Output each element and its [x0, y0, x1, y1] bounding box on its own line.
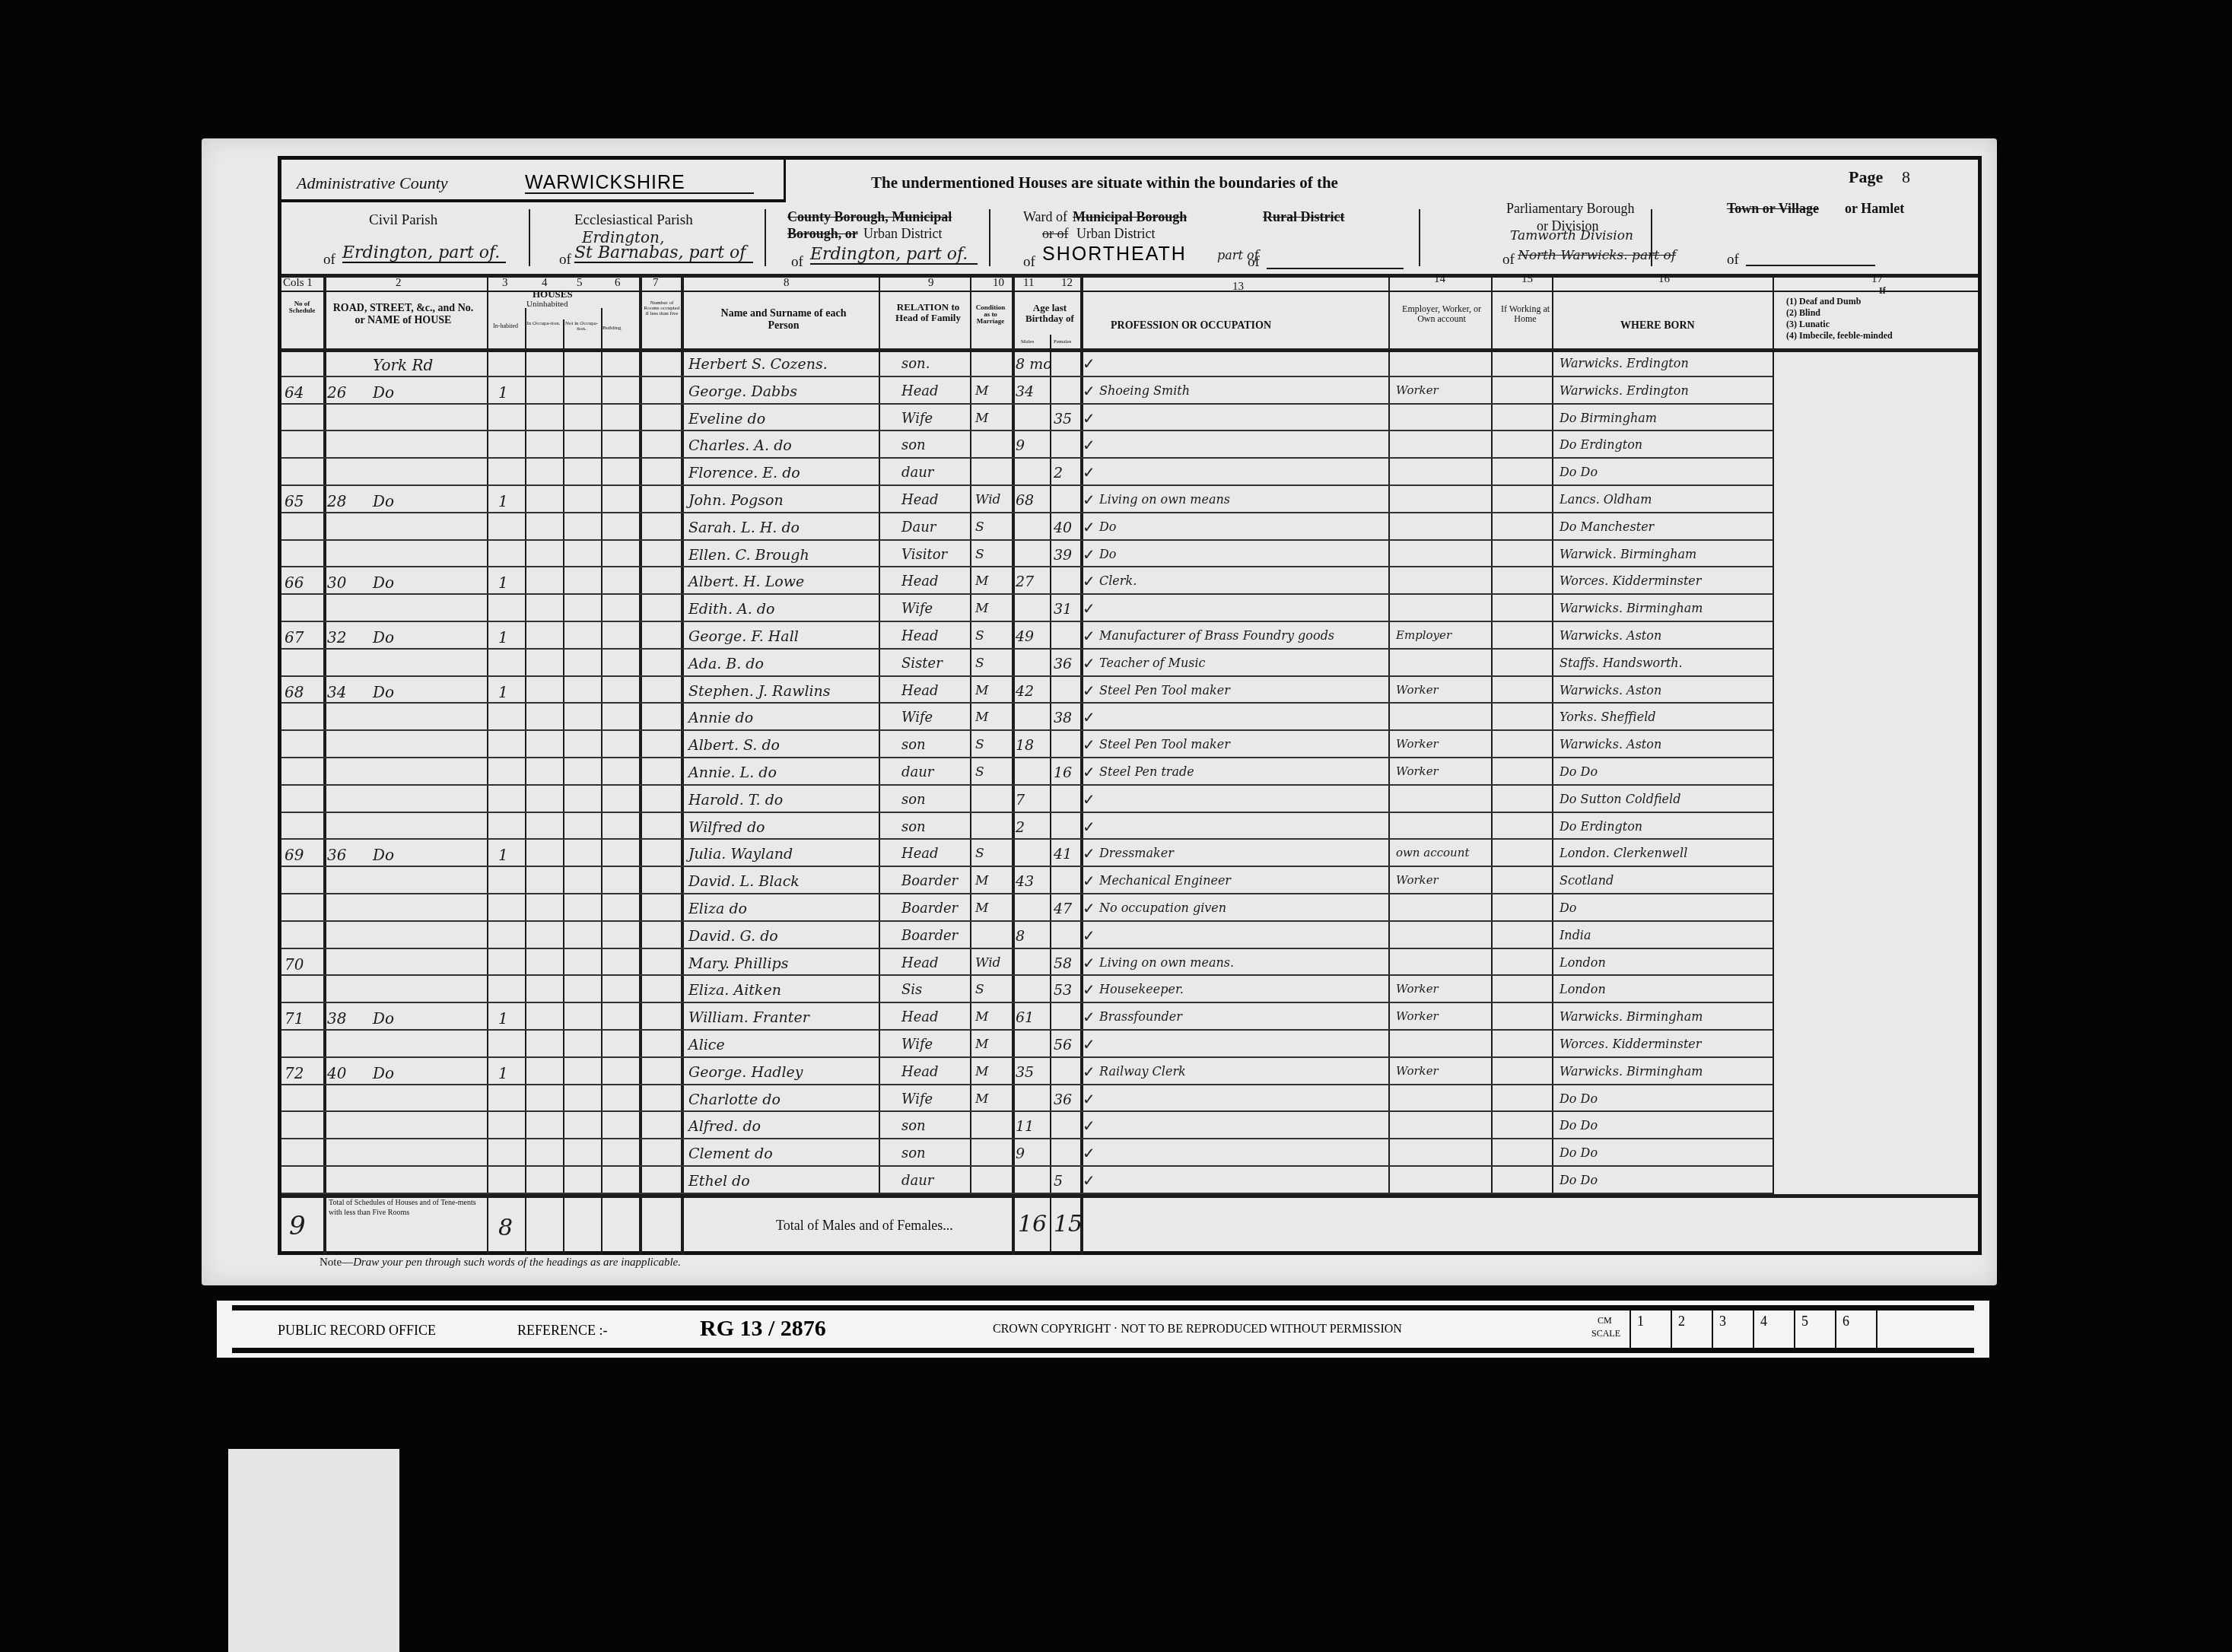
scale-mark-label: 4: [1760, 1314, 1767, 1330]
cell-age-f: 36: [1054, 1093, 1072, 1107]
eccl-parish-label: Ecclesiastical Parish: [574, 213, 693, 227]
cell-house-no: 32: [327, 630, 346, 645]
schedules-total-label: Total of Schedules of Houses and of Tene…: [329, 1198, 481, 1218]
cell-schedule: 69: [285, 847, 304, 863]
scale-mark-label: 5: [1801, 1314, 1808, 1330]
road-heading: ROAD, STREET, &c., and No. or NAME of HO…: [327, 303, 479, 327]
page-label: Page: [1849, 169, 1883, 186]
cell-road: Do: [373, 494, 394, 509]
table-row: Charles. A. doson9Do Erdington✓: [281, 431, 1978, 459]
check-mark-icon: ✓: [1083, 411, 1095, 426]
footer-reference-value: RG 13 / 2876: [700, 1317, 826, 1340]
scale-mark: 1: [1629, 1310, 1671, 1348]
table-row: Harold. T. doson7Do Sutton Coldfield✓: [281, 786, 1978, 813]
table-row: 6936Do1Julia. WaylandHeadS41Dressmakerow…: [281, 840, 1978, 867]
cell-house-no: 26: [327, 385, 346, 400]
cell-employer: Worker: [1396, 983, 1439, 995]
table-row: Sarah. L. H. doDaurS40DoDo Manchester✓: [281, 513, 1978, 541]
table-row: Edith. A. doWifeM31Warwicks. Birmingham✓: [281, 595, 1978, 622]
cell-road: Do: [373, 685, 394, 700]
cell-condition: Wid: [975, 494, 1001, 507]
cell-name: Julia. Wayland: [688, 847, 793, 862]
cell-relation: Head: [901, 1011, 939, 1025]
cell-name: Ada. B. do: [688, 657, 764, 672]
cell-born: Do Sutton Coldfield: [1560, 793, 1680, 805]
urban-district-of: of: [791, 255, 803, 269]
cell-name: George. Hadley: [688, 1066, 803, 1080]
cell-condition: Wid: [975, 957, 1001, 970]
col-num-13: 13: [1232, 281, 1244, 293]
cell-born: Warwicks. Birmingham: [1560, 1011, 1703, 1023]
check-mark-icon: ✓: [1083, 1173, 1095, 1188]
cell-condition: M: [975, 412, 988, 425]
check-mark-icon: ✓: [1083, 1064, 1095, 1079]
note-text: Draw your pen through such words of the …: [353, 1256, 681, 1269]
males-total: 16: [1018, 1213, 1047, 1236]
table-row: York RdHerbert S. Cozens.son.8 moWarwick…: [281, 350, 1978, 377]
check-mark-icon: ✓: [1083, 710, 1095, 725]
cell-relation: Wife: [901, 602, 933, 616]
cell-relation: son: [901, 1147, 926, 1161]
cell-relation: son: [901, 739, 926, 752]
eccl-parish-of: of: [559, 253, 571, 267]
cell-schedule: 72: [285, 1066, 304, 1081]
cell-employer: Worker: [1396, 766, 1439, 777]
table-row: Eliza doBoarderM47No occupation givenDo✓: [281, 894, 1978, 922]
table-row: David. G. doBoarder8India✓: [281, 922, 1978, 949]
not-in-occupation-heading: Not in Occupa-tion.: [564, 321, 599, 332]
cell-road: Do: [373, 1011, 394, 1026]
cell-born: Warwicks. Birmingham: [1560, 602, 1703, 615]
cell-employer: Employer: [1396, 630, 1451, 641]
col-num-9: 9: [928, 278, 934, 289]
rural-district-label: Rural District: [1263, 210, 1344, 224]
cell-condition: M: [975, 875, 988, 888]
cell-inhabited: 1: [498, 575, 508, 590]
cell-occupation: Railway Clerk: [1099, 1066, 1186, 1078]
town-label-struck: Town or Village: [1727, 202, 1819, 215]
ward-label: Ward of: [1023, 210, 1067, 224]
header-divider: [281, 274, 1978, 278]
cell-condition: S: [975, 630, 984, 643]
scale-mark-label: 6: [1843, 1314, 1849, 1330]
parl-borough-label: Parliamentary Borough: [1506, 202, 1634, 215]
cell-house-no: 38: [327, 1011, 346, 1026]
admin-county-box: Administrative County WARWICKSHIRE: [281, 160, 786, 202]
check-mark-icon: ✓: [1083, 1118, 1095, 1133]
check-mark-icon: ✓: [1083, 601, 1095, 616]
col-num-8: 8: [784, 278, 790, 289]
cell-occupation: Steel Pen trade: [1099, 766, 1194, 778]
cell-age-m: 8: [1016, 929, 1025, 944]
scale-mark: 3: [1712, 1310, 1753, 1348]
cell-born: Do Do: [1560, 766, 1598, 778]
cell-born: Warwicks. Aston: [1560, 685, 1661, 697]
cell-name: Sarah. L. H. do: [688, 521, 800, 535]
table-row: Annie. L. dodaurS16Steel Pen tradeWorker…: [281, 758, 1978, 786]
cell-age-m: 42: [1016, 685, 1034, 699]
divider: [1419, 209, 1420, 266]
cell-condition: S: [975, 739, 984, 751]
cell-schedule: 67: [285, 630, 304, 645]
cell-age-m: 35: [1016, 1066, 1034, 1080]
cell-born: Do Do: [1560, 1093, 1598, 1105]
table-row: Charlotte doWifeM36Do Do✓: [281, 1085, 1978, 1113]
cell-condition: M: [975, 1038, 988, 1051]
cell-age-m: 49: [1016, 630, 1034, 644]
check-mark-icon: ✓: [1083, 737, 1095, 752]
cell-age-m: 27: [1016, 575, 1034, 589]
table-row: Annie doWifeM38Yorks. Sheffield✓: [281, 704, 1978, 731]
county-borough-label-struck2: Borough, or: [787, 227, 858, 240]
table-row: 6732Do1George. F. HallHeadS49Manufacture…: [281, 622, 1978, 650]
calibration-card: [228, 1449, 399, 1652]
col-num-11: 11: [1023, 278, 1034, 289]
cell-born: India: [1560, 929, 1591, 942]
cell-name: Edith. A. do: [688, 602, 774, 617]
ward-value: SHORTHEATH: [1042, 245, 1187, 264]
table-row: Albert. S. dosonS18Steel Pen Tool makerW…: [281, 731, 1978, 758]
archive-footer: PUBLIC RECORD OFFICE REFERENCE :- RG 13 …: [217, 1301, 1989, 1358]
col-num-3: 3: [502, 278, 508, 289]
cell-schedule: 68: [285, 685, 304, 700]
table-row: 6834Do1Stephen. J. RawlinsHeadM42Steel P…: [281, 677, 1978, 704]
cell-born: Lancs. Oldham: [1560, 494, 1652, 506]
cell-name: Clement do: [688, 1147, 773, 1161]
check-mark-icon: ✓: [1083, 683, 1095, 698]
cell-age-m: 34: [1016, 385, 1034, 399]
cell-relation: daur: [901, 466, 933, 480]
cell-name: Albert. H. Lowe: [688, 575, 804, 589]
table-row: Ethel dodaur5Do Do✓: [281, 1167, 1978, 1194]
cell-employer: Worker: [1396, 1066, 1439, 1077]
cell-born: Staffs. Handsworth.: [1560, 657, 1683, 669]
building-heading: Building: [603, 326, 622, 331]
cell-relation: son.: [901, 357, 930, 371]
cell-name: Mary. Phillips: [688, 957, 788, 971]
cell-name: Albert. S. do: [688, 739, 780, 753]
cell-road: Do: [373, 847, 394, 863]
cell-age-f: 56: [1054, 1038, 1072, 1053]
cell-schedule: 70: [285, 957, 304, 972]
cell-name: Alice: [688, 1038, 725, 1053]
col-num-5: 5: [577, 278, 583, 289]
urban-district-value: Erdington, part of.: [810, 246, 978, 265]
cell-relation: Head: [901, 630, 939, 643]
houses-heading: HOUSES: [533, 289, 573, 299]
note-prefix: Note—: [320, 1256, 353, 1269]
cell-house-no: 34: [327, 685, 346, 700]
females-total: 15: [1054, 1213, 1083, 1236]
footer-bar-top: [232, 1305, 1974, 1310]
table-row: 6630Do1Albert. H. LoweHeadM27Clerk.Worce…: [281, 567, 1978, 595]
admin-county-label: Administrative County: [297, 175, 448, 192]
cell-age-m: 43: [1016, 875, 1034, 889]
cell-age-f: 53: [1054, 983, 1072, 998]
divider: [765, 209, 766, 266]
check-mark-icon: ✓: [1083, 846, 1095, 861]
boundaries-text: The undermentioned Houses are situate wi…: [871, 175, 1338, 191]
cell-occupation: Shoeing Smith: [1099, 385, 1190, 397]
check-mark-icon: ✓: [1083, 492, 1095, 507]
footer-office: PUBLIC RECORD OFFICE: [278, 1323, 436, 1337]
table-row: 7138Do1William. FranterHeadM61Brassfound…: [281, 1003, 1978, 1031]
cell-born: Warwick. Birmingham: [1560, 548, 1696, 561]
infirmity-2: (2) Blind: [1786, 308, 1820, 317]
table-row: Alfred. doson11Do Do✓: [281, 1112, 1978, 1139]
cell-relation: Head: [901, 385, 939, 399]
cell-condition: S: [975, 766, 984, 779]
col-num-7: 7: [653, 278, 659, 289]
table-row: Eliza. AitkenSisS53Housekeeper.WorkerLon…: [281, 976, 1978, 1003]
cell-born: Do Erdington: [1560, 439, 1642, 451]
cell-inhabited: 1: [498, 1011, 508, 1026]
cell-relation: son: [901, 1120, 926, 1133]
cell-born: London. Clerkenwell: [1560, 847, 1687, 859]
cell-name: Herbert S. Cozens.: [688, 357, 828, 372]
page-number: 8: [1902, 169, 1910, 186]
table-row: Clement doson9Do Do✓: [281, 1139, 1978, 1167]
cell-relation: Boarder: [901, 929, 958, 943]
scale-mark-label: 2: [1678, 1314, 1685, 1330]
check-mark-icon: ✓: [1083, 1037, 1095, 1052]
footer-copyright: CROWN COPYRIGHT · NOT TO BE REPRODUCED W…: [993, 1323, 1402, 1336]
cell-age-f: 31: [1054, 602, 1072, 617]
uninhabited-heading: Uninhabited: [526, 300, 568, 309]
check-mark-icon: ✓: [1083, 1145, 1095, 1161]
cell-schedule: 66: [285, 575, 304, 590]
check-mark-icon: ✓: [1083, 465, 1095, 480]
cell-born: Do Do: [1560, 1120, 1598, 1132]
cell-name: Charlotte do: [688, 1093, 781, 1107]
cell-age-f: 41: [1054, 847, 1072, 862]
cell-relation: son: [901, 793, 926, 807]
check-mark-icon: ✓: [1083, 928, 1095, 943]
cell-condition: M: [975, 1093, 988, 1106]
cell-born: Do Do: [1560, 466, 1598, 478]
scale-mark-label: 1: [1637, 1314, 1644, 1330]
check-mark-icon: ✓: [1083, 764, 1095, 780]
cell-born: Scotland: [1560, 875, 1614, 887]
cell-occupation: Living on own means.: [1099, 957, 1234, 969]
cell-age-f: 36: [1054, 657, 1072, 672]
cell-born: Do: [1560, 902, 1576, 914]
table-row: David. L. BlackBoarderM43Mechanical Engi…: [281, 867, 1978, 894]
cell-name: Ethel do: [688, 1174, 750, 1189]
cell-condition: S: [975, 657, 984, 670]
cell-inhabited: 1: [498, 685, 508, 700]
cell-schedule: 71: [285, 1011, 304, 1026]
age-heading: Age last Birthday of: [1016, 303, 1084, 325]
cell-occupation: Mechanical Engineer: [1099, 875, 1231, 887]
cell-age-f: 47: [1054, 902, 1072, 917]
infirmity-if-heading: If: [1879, 286, 1886, 295]
col-num-17: 17: [1871, 274, 1883, 285]
town-line: [1746, 265, 1875, 266]
check-mark-icon: ✓: [1083, 573, 1095, 589]
cell-born: Do Do: [1560, 1147, 1598, 1159]
cell-name: Alfred. do: [688, 1120, 761, 1134]
check-mark-icon: ✓: [1083, 356, 1095, 371]
census-form: Administrative County WARWICKSHIRE The u…: [278, 156, 1982, 1255]
cell-relation: son: [901, 821, 926, 834]
check-mark-icon: ✓: [1083, 519, 1095, 535]
parl-borough-value-top: Tamworth Division: [1510, 230, 1633, 243]
cell-age-f: 58: [1054, 957, 1072, 971]
table-row: 7240Do1George. HadleyHeadM35Railway Cler…: [281, 1058, 1978, 1085]
condition-heading: Condition as to Marriage: [975, 304, 1006, 325]
check-mark-icon: ✓: [1083, 656, 1095, 671]
check-mark-icon: ✓: [1083, 1009, 1095, 1025]
cell-age-m: 11: [1016, 1120, 1034, 1134]
cell-inhabited: 1: [498, 494, 508, 509]
col-num-1: Cols 1: [283, 278, 313, 289]
table-row: Eveline doWifeM35Do Birmingham✓: [281, 405, 1978, 432]
check-mark-icon: ✓: [1083, 955, 1095, 971]
cell-age-m: 9: [1016, 439, 1025, 453]
cell-relation: daur: [901, 1174, 933, 1188]
cell-age-m: 9: [1016, 1147, 1025, 1161]
town-label: or Hamlet: [1845, 202, 1904, 215]
civil-parish-of: of: [323, 253, 335, 267]
ward-label-2: Urban District: [1076, 227, 1155, 240]
cell-relation: Head: [901, 685, 939, 698]
cell-age-m: 7: [1016, 793, 1025, 808]
in-occupation-heading: In Occupa-tion.: [526, 321, 561, 326]
cell-age-f: 35: [1054, 412, 1072, 427]
cell-relation: Head: [901, 847, 939, 861]
cell-name: Harold. T. do: [688, 793, 783, 808]
check-mark-icon: ✓: [1083, 819, 1095, 834]
cell-relation: Head: [901, 494, 939, 507]
rural-district-line: [1267, 268, 1404, 269]
cell-schedule: 64: [285, 385, 304, 400]
scale-label-scale: SCALE: [1591, 1329, 1620, 1338]
col-num-10: 10: [993, 278, 1004, 289]
urban-district-label: Urban District: [863, 227, 942, 240]
table-row: 70Mary. PhillipsHeadWid58Living on own m…: [281, 949, 1978, 977]
check-mark-icon: ✓: [1083, 873, 1095, 888]
cell-name: Annie do: [688, 711, 753, 726]
col-num-14: 14: [1434, 274, 1445, 285]
cell-condition: S: [975, 548, 984, 561]
name-heading: Name and Surname of each Person: [707, 308, 860, 332]
ward-of: of: [1023, 255, 1035, 269]
cell-born: Do Manchester: [1560, 521, 1654, 533]
cell-relation: Sis: [901, 983, 922, 997]
cell-condition: S: [975, 521, 984, 534]
cell-occupation: Housekeeper.: [1099, 983, 1184, 996]
where-born-heading: WHERE BORN: [1620, 321, 1695, 332]
males-heading: Males: [1021, 339, 1034, 345]
cell-house-no: 40: [327, 1066, 346, 1081]
cell-occupation: Steel Pen Tool maker: [1099, 739, 1230, 751]
col-num-4: 4: [542, 278, 548, 289]
footer-bar-bottom: [232, 1348, 1974, 1353]
cell-inhabited: 1: [498, 630, 508, 645]
cell-relation: Daur: [901, 521, 936, 535]
cell-relation: Wife: [901, 711, 933, 725]
cell-age-f: 16: [1054, 766, 1072, 780]
parl-borough-of: of: [1502, 253, 1515, 267]
cell-employer: Worker: [1396, 1011, 1439, 1022]
cell-schedule: 65: [285, 494, 304, 509]
divider: [529, 209, 530, 266]
cell-age-f: 40: [1054, 521, 1072, 535]
table-row: Ada. B. doSisterS36Teacher of MusicStaff…: [281, 650, 1978, 677]
cell-name: Wilfred do: [688, 821, 765, 835]
ward-label-struck: Municipal Borough: [1073, 210, 1187, 224]
civil-parish-label: Civil Parish: [369, 213, 437, 227]
table-row: Wilfred doson2Do Erdington✓: [281, 813, 1978, 840]
cell-relation: Head: [901, 575, 939, 589]
scale-label-cm: CM: [1598, 1316, 1612, 1325]
note: Note—Draw your pen through such words of…: [320, 1256, 681, 1269]
eccl-parish-value-top: Erdington,: [582, 230, 664, 245]
cell-born: Worces. Kidderminster: [1560, 575, 1701, 587]
check-mark-icon: ✓: [1083, 547, 1095, 562]
females-heading: Females: [1054, 339, 1071, 345]
cell-relation: Sister: [901, 657, 943, 671]
cell-road: Do: [373, 1066, 394, 1081]
cell-occupation: Do: [1099, 548, 1116, 561]
check-mark-icon: ✓: [1083, 628, 1095, 643]
infirmity-3: (3) Lunatic: [1786, 319, 1830, 329]
cell-condition: S: [975, 847, 984, 860]
cell-occupation: Steel Pen Tool maker: [1099, 685, 1230, 697]
cell-employer: Worker: [1396, 385, 1439, 396]
cell-occupation: Do: [1099, 521, 1116, 533]
cell-road: Do: [373, 385, 394, 400]
cell-born: Do Birmingham: [1560, 412, 1657, 424]
scale-mark: 5: [1794, 1310, 1835, 1348]
cell-born: Do Do: [1560, 1174, 1598, 1187]
schedules-total: 9: [289, 1213, 306, 1239]
check-mark-icon: ✓: [1083, 982, 1095, 997]
cell-occupation: No occupation given: [1099, 902, 1226, 914]
cell-name: Florence. E. do: [688, 466, 800, 481]
cell-house-no: 28: [327, 494, 346, 509]
cell-name: William. Franter: [688, 1011, 809, 1025]
col-num-6: 6: [615, 278, 621, 289]
cell-relation: Wife: [901, 412, 933, 426]
scale-mark: 6: [1835, 1310, 1876, 1348]
ward-label-struck2: or of: [1042, 227, 1069, 240]
cell-occupation: Brassfounder: [1099, 1011, 1182, 1023]
admin-county-value: WARWICKSHIRE: [525, 173, 754, 194]
cell-age-f: 2: [1054, 466, 1063, 481]
cell-condition: M: [975, 902, 988, 915]
cell-born: London: [1560, 983, 1606, 996]
cell-employer: own account: [1396, 847, 1469, 859]
cell-condition: M: [975, 1066, 988, 1079]
cell-relation: Wife: [901, 1093, 933, 1107]
cell-age-m: 61: [1016, 1011, 1034, 1025]
cell-age-f: 5: [1054, 1174, 1063, 1189]
cell-born: Yorks. Sheffield: [1560, 711, 1656, 723]
cell-road: Do: [373, 575, 394, 590]
cell-road: York Rd: [373, 357, 433, 373]
table-row: AliceWifeM56Worces. Kidderminster✓: [281, 1031, 1978, 1058]
rooms-heading: Number of Rooms occupied if less than fi…: [643, 300, 681, 316]
cell-age-m: 18: [1016, 739, 1034, 753]
check-mark-icon: ✓: [1083, 792, 1095, 807]
cell-condition: M: [975, 1011, 988, 1024]
col-num-2: 2: [396, 278, 402, 289]
cell-inhabited: 1: [498, 847, 508, 863]
cell-relation: Head: [901, 1066, 939, 1079]
infirmity-1: (1) Deaf and Dumb: [1786, 297, 1861, 306]
